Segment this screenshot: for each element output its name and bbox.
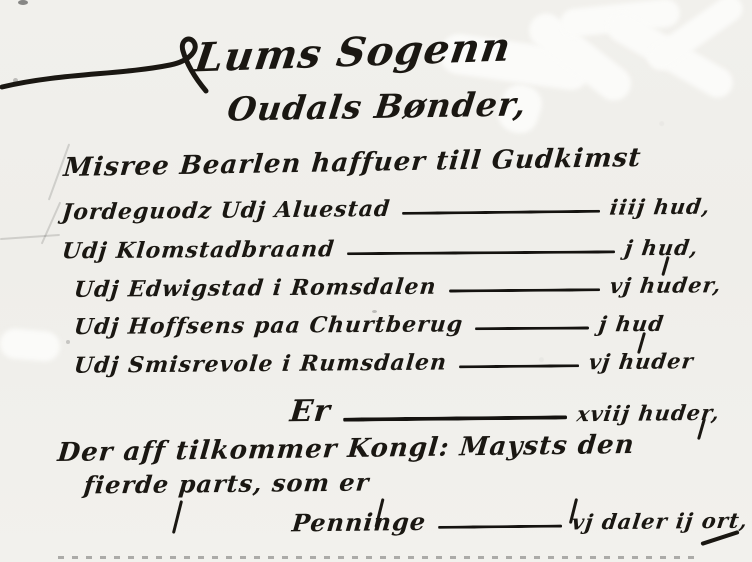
ink-speck	[66, 340, 70, 344]
ledger-row: Udj Hoffsens paa Churtberug j hud	[74, 310, 664, 340]
leader-line	[402, 210, 599, 215]
entry-name: Udj Smisrevole i Rumsdalen	[73, 349, 449, 378]
entry-name: Udj Edwigstad i Romsdalen	[73, 274, 438, 303]
leader-line	[438, 525, 562, 529]
ledger-row: Udj Klomstadbraand j hud,	[62, 234, 698, 264]
entry-amount: vj huder,	[609, 272, 724, 298]
manuscript-page: Lums Sogenn Oudals Bønder, Misree Bearle…	[0, 0, 752, 562]
leader-line	[343, 415, 567, 421]
money-label: Penninge	[291, 507, 428, 537]
initial-flourish	[0, 35, 220, 95]
ledger-row: Udj Edwigstad i Romsdalen vj huder,	[74, 271, 722, 303]
entry-name: Udj Klomstadbraand	[61, 236, 336, 264]
pen-flourish	[172, 500, 183, 534]
entry-amount: j hud,	[623, 235, 700, 261]
scan-edge-grain	[58, 556, 698, 559]
ledger-row: Jordeguodz Udj Aluestad iiij hud,	[62, 193, 710, 226]
intro-line: Misree Bearlen haffuer till Gudkimst	[62, 145, 642, 181]
whiteout-stroke	[0, 327, 61, 362]
ink-speck	[18, 0, 28, 5]
entry-name: Udj Hoffsens paa Churtberug	[73, 311, 465, 340]
leader-line	[475, 326, 589, 330]
money-amount: vj daler ij ort,	[570, 508, 749, 535]
ledger-row: Udj Smisrevole i Rumsdalen vj huder	[74, 347, 694, 378]
leader-line	[347, 250, 615, 255]
footer-line-1: Der aff tilkommer Kongl: Maysts den	[56, 432, 635, 466]
sum-amount: xviij huder,	[575, 400, 721, 427]
bleedthrough-mark	[0, 234, 60, 240]
entry-amount: j hud	[597, 311, 665, 336]
leader-line	[449, 288, 601, 292]
footer-line-2: fierde parts, som er	[83, 471, 371, 498]
leader-line	[459, 364, 579, 368]
entry-amount: vj huder	[588, 348, 696, 374]
bleedthrough-mark	[41, 202, 62, 245]
entry-name: Jordeguodz Udj Aluestad	[61, 196, 392, 225]
page-title: Lums Sogenn	[192, 28, 514, 79]
sum-label: Er	[288, 394, 332, 429]
money-row: Penninge vj daler ij ort,	[292, 504, 748, 538]
page-subtitle: Oudals Bønder,	[226, 87, 529, 125]
sum-row: Er xviij huder,	[290, 390, 720, 430]
entry-amount: iiij hud,	[608, 194, 712, 220]
